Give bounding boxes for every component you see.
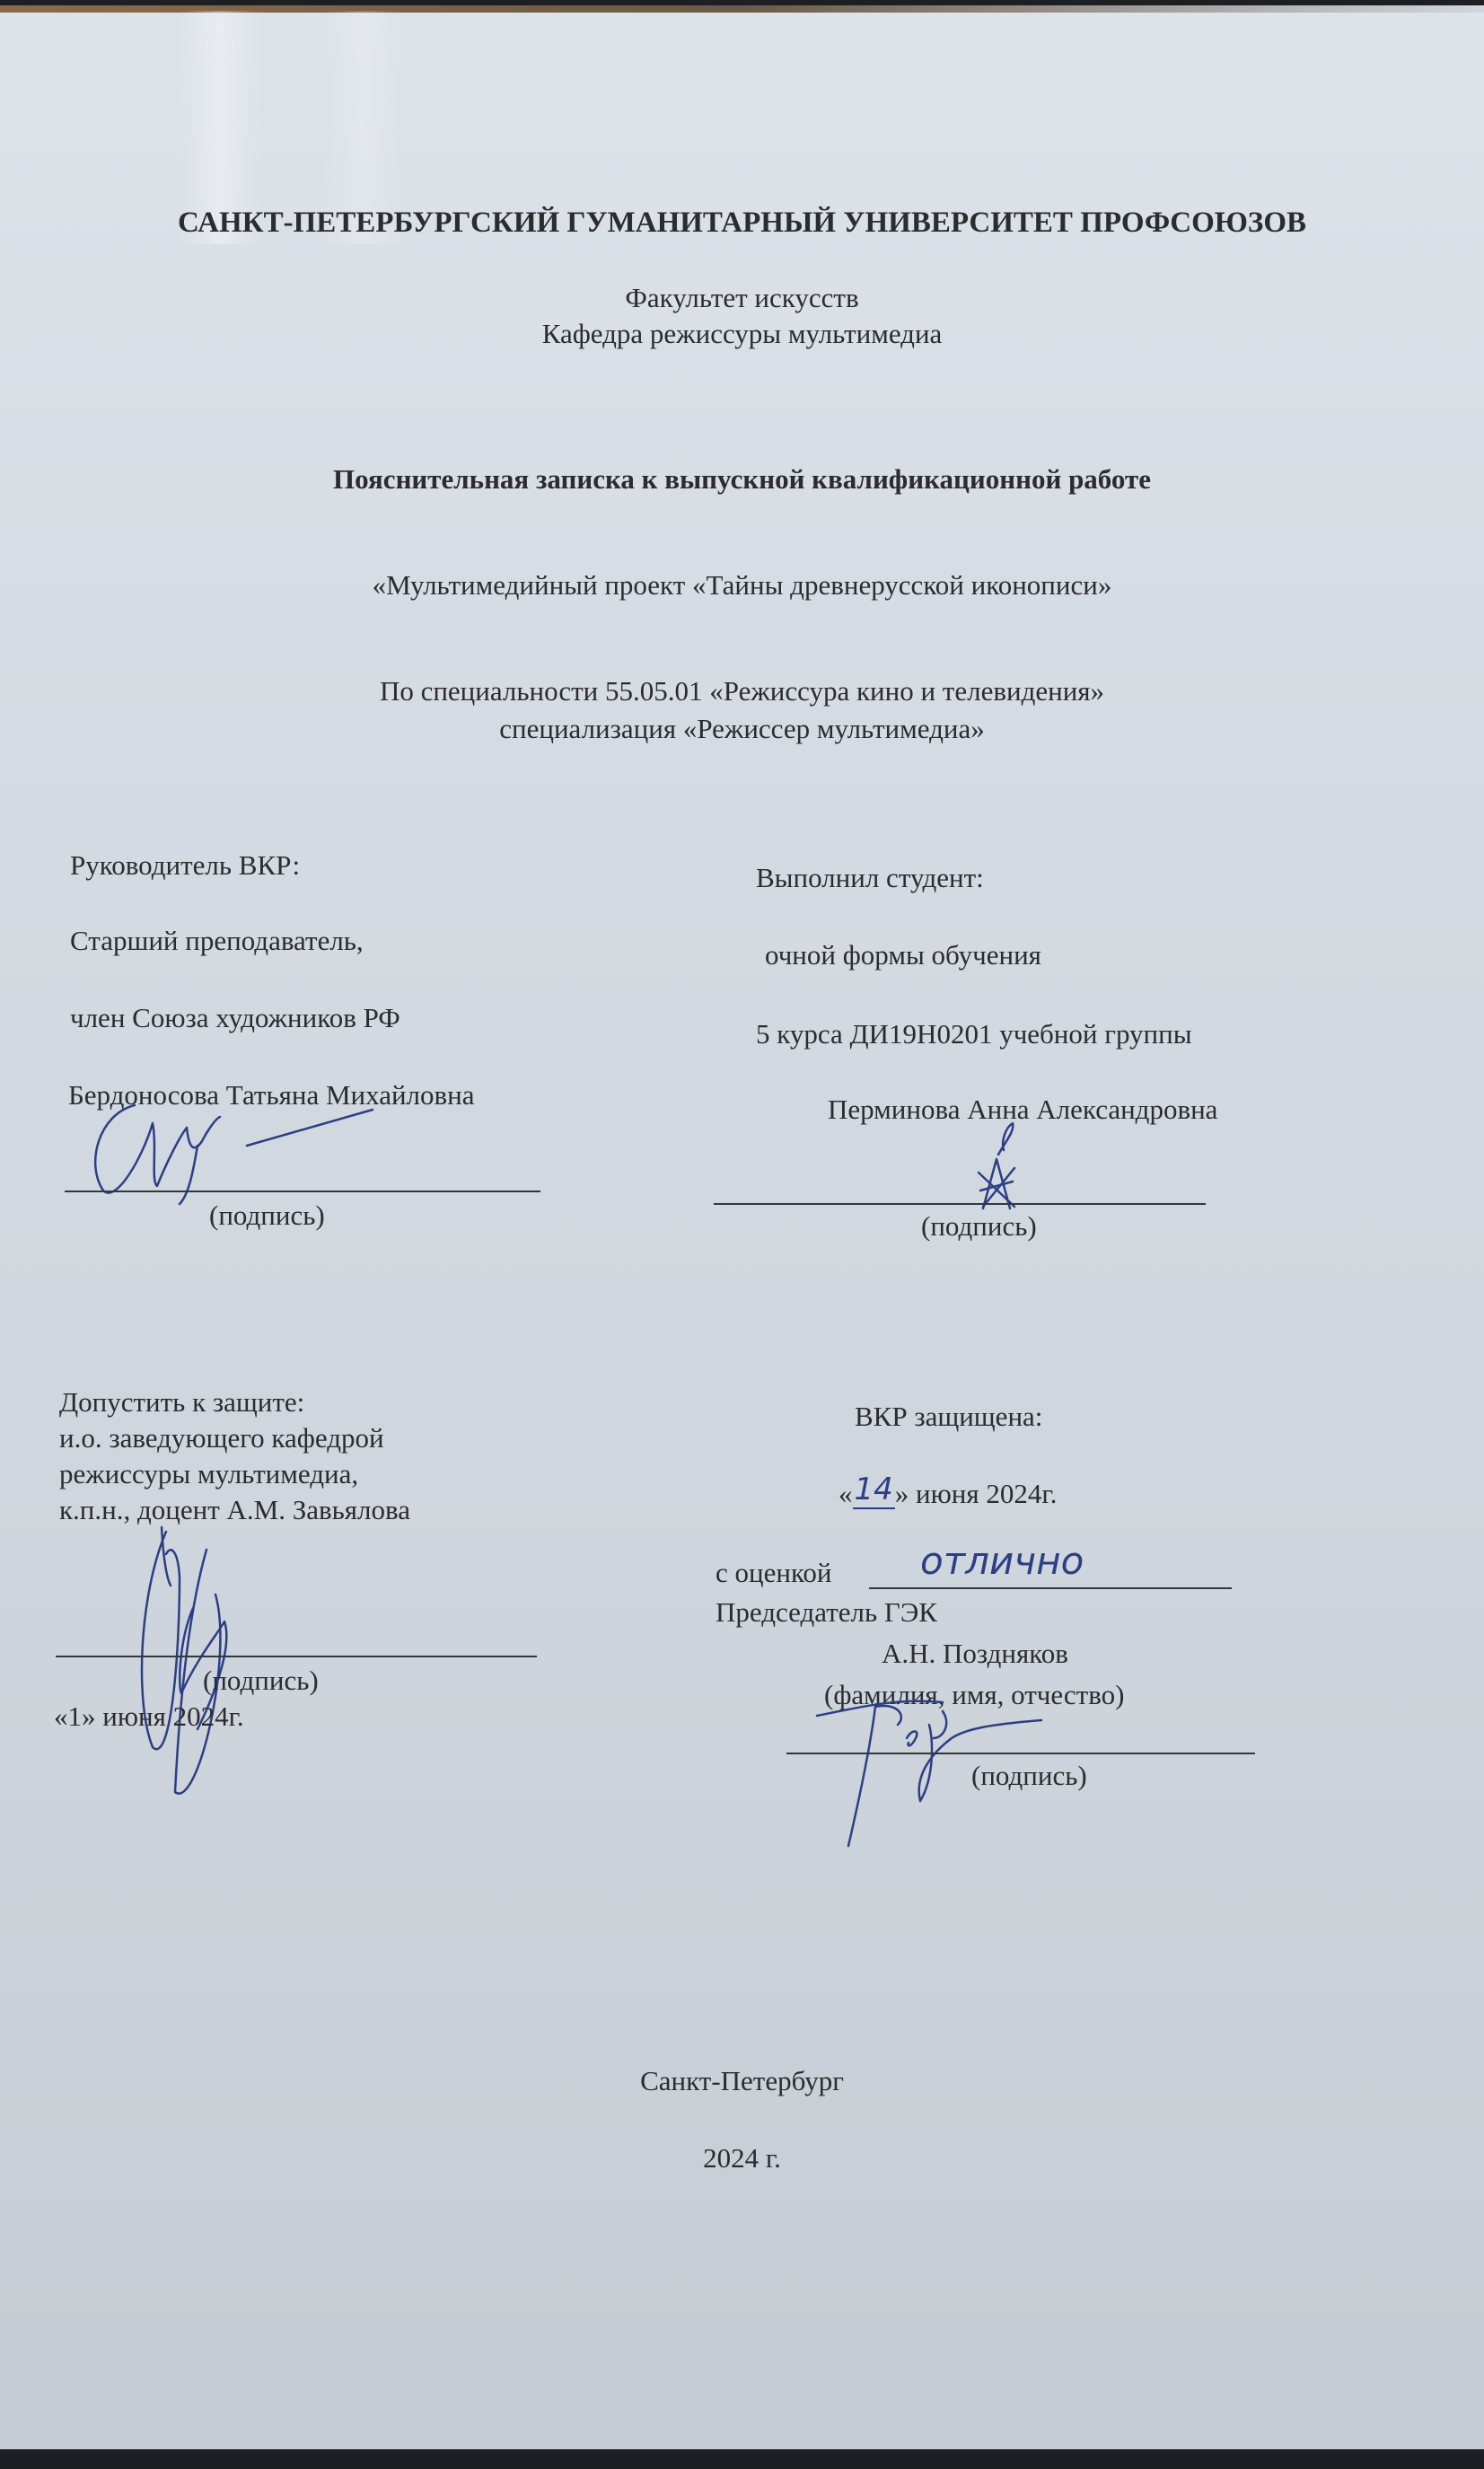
supervisor-signature-line [65,1191,540,1192]
admission-line-1: и.о. заведующего кафедрой [59,1424,384,1452]
admission-line-3: к.п.н., доцент А.М. Завьялова [59,1496,410,1524]
grade-label: с оценкой [716,1559,832,1586]
document-page: САНКТ-ПЕТЕРБУРГСКИЙ ГУМАНИТАРНЫЙ УНИВЕРС… [0,5,1484,2449]
defense-date-rest: » июня 2024г. [895,1478,1058,1509]
defense-date: «14» июня 2024г. [839,1478,1057,1508]
student-signature-caption: (подпись) [921,1212,1037,1240]
gek-chair-label: Председатель ГЭК [716,1598,937,1626]
supervisor-label: Руководитель ВКР: [70,851,300,879]
admission-signature-line [56,1656,537,1657]
admission-signature-caption: (подпись) [203,1666,319,1694]
footer-city: Санкт-Петербург [0,2067,1484,2095]
student-label: Выполнил студент: [756,864,984,892]
admission-label: Допустить к защите: [59,1388,304,1416]
admission-date: «1» июня 2024г. [54,1702,244,1730]
university-name: САНКТ-ПЕТЕРБУРГСКИЙ ГУМАНИТАРНЫЙ УНИВЕРС… [0,208,1484,238]
document-type-title: Пояснительная записка к выпускной квалиф… [0,465,1484,493]
supervisor-membership: член Союза художников РФ [70,1004,400,1032]
defense-day-handwritten: 14 [853,1472,895,1509]
gek-chair-name: А.Н. Поздняков [882,1639,1068,1667]
student-group: 5 курса ДИ19Н0201 учебной группы [756,1020,1192,1048]
footer-year: 2024 г. [0,2144,1484,2172]
student-study-form: очной формы обучения [765,941,1041,969]
grade-line [869,1587,1232,1589]
defense-label: ВКР защищена: [855,1402,1042,1430]
specialization-line: специализация «Режиссер мультимедиа» [0,715,1484,742]
grade-handwritten: отлично [920,1539,1084,1583]
project-title: «Мультимедийный проект «Тайны древнерусс… [0,571,1484,599]
faculty-name: Факультет искусств [0,284,1484,312]
department-name: Кафедра режиссуры мультимедиа [0,320,1484,347]
supervisor-signature-caption: (подпись) [209,1201,325,1229]
supervisor-position: Старший преподаватель, [70,927,364,954]
gek-signature-caption: (подпись) [971,1762,1087,1789]
student-signature-line [714,1203,1206,1205]
admission-line-2: режиссуры мультимедиа, [59,1460,358,1488]
defense-date-open-quote: « [839,1478,853,1509]
gek-signature-line [786,1753,1255,1754]
specialty-line: По специальности 55.05.01 «Режиссура кин… [0,677,1484,705]
